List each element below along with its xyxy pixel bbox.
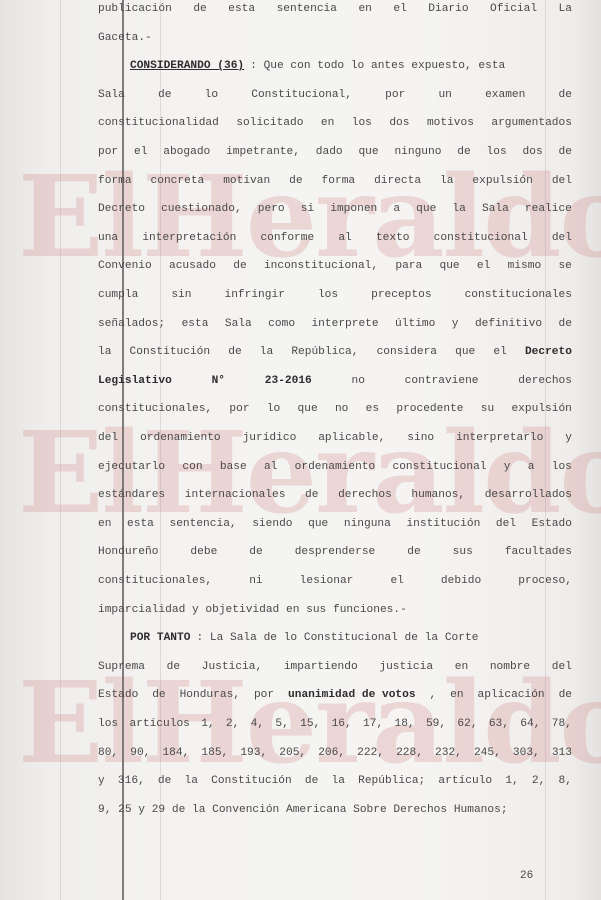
text-line: constitucionales,nilesionareldebidoproce… (98, 574, 572, 588)
text-line: 9, 25 y 29 de la Convención Americana So… (98, 803, 572, 817)
text-line: estándaresinternacionalesdederechoshuman… (98, 488, 572, 502)
text-line: 80,90,184,185,193,205,206,222,228,232,24… (98, 746, 572, 760)
paper-fold (160, 0, 161, 900)
text-line: ejecutarloconbasealordenamientoconstituc… (98, 460, 572, 474)
text-line: SaladeloConstitucional,porunexamende (98, 88, 572, 102)
text-line: formaconcretamotivandeformadirectalaexpu… (98, 174, 572, 188)
text-line: laConstitucióndelaRepública,consideraque… (98, 345, 572, 359)
text-line: publicacióndeestasentenciaenelDiarioOfic… (98, 2, 572, 16)
decree-line: LegislativoN°23-2016nocontravienederecho… (98, 374, 572, 388)
text-line: unainterpretaciónconformealtextoconstitu… (98, 231, 572, 245)
text-line: constitucionales,porloquenoesprocedentes… (98, 402, 572, 416)
text-line: enestasentencia,siendoqueningunainstituc… (98, 517, 572, 531)
margin-pen-line (122, 0, 124, 900)
text-line: porelabogadoimpetrante,dadoqueningunodel… (98, 145, 572, 159)
considerando-heading: CONSIDERANDO (36): Que con todo lo antes… (130, 59, 572, 73)
text-line: losartículos1,2,4,5,15,16,17,18,59,62,63… (98, 717, 572, 731)
text-line: Hondureñodebededesprendersedesusfacultad… (98, 545, 572, 559)
paper-fold (545, 0, 546, 900)
text-line: EstadodeHonduras,porunanimidad de votos,… (98, 688, 572, 702)
paper-fold (60, 0, 61, 900)
text-line: delordenamientojurídicoaplicable,sinoint… (98, 431, 572, 445)
page-number: 26 (520, 870, 533, 882)
text-line: constitucionalidadsolicitadoenlosdosmoti… (98, 116, 572, 130)
text-line: señalados;estaSalacomointerpreteúltimoyd… (98, 317, 572, 331)
text-line: imparcialidad y objetividad en sus funci… (98, 603, 572, 617)
text-line: SupremadeJusticia,impartiendojusticiaenn… (98, 660, 572, 674)
text-line: Gaceta.- (98, 31, 572, 45)
text-line: Decretocuestionado,perosiimponenaquelaSa… (98, 202, 572, 216)
text-line: y316,delaConstitucióndelaRepública;artíc… (98, 774, 572, 788)
text-line: cumplasininfringirlospreceptosconstituci… (98, 288, 572, 302)
text-line: Convenioacusadodeinconstitucional,paraqu… (98, 259, 572, 273)
por-tanto-heading: POR TANTO: La Sala de lo Constitucional … (130, 631, 572, 645)
